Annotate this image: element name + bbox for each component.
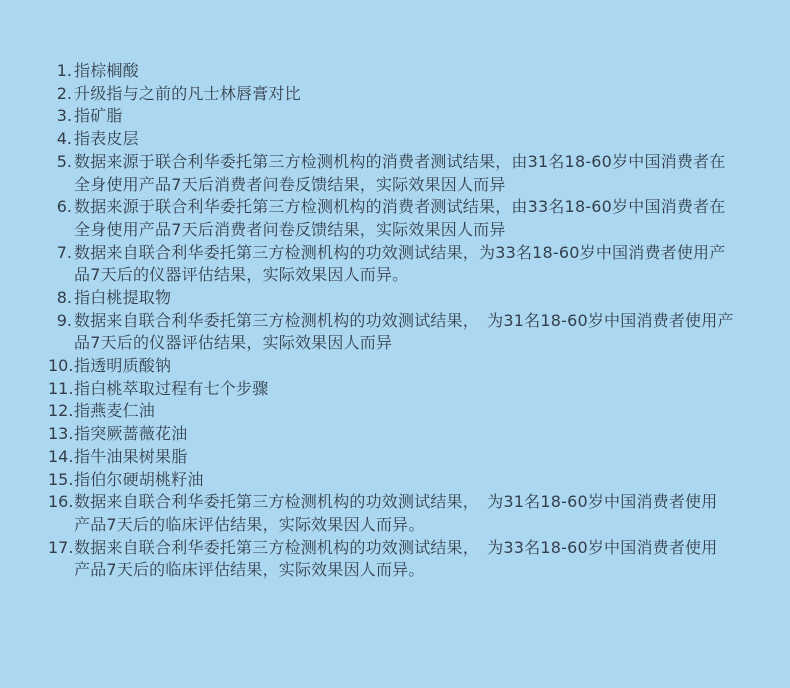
list-item: 4.指表皮层: [48, 128, 768, 151]
item-number: 3.: [48, 105, 72, 128]
item-line: 指矿脂: [74, 105, 123, 128]
list-item: 10.指透明质酸钠: [48, 355, 768, 378]
item-text: 数据来源于联合利华委托第三方检测机构的消费者测试结果，由33名18-60岁中国消…: [74, 196, 725, 241]
item-text: 数据来自联合利华委托第三方检测机构的功效测试结果， 为31名18-60岁中国消费…: [74, 310, 734, 355]
item-number: 10.: [48, 355, 72, 378]
item-number: 1.: [48, 60, 72, 83]
item-number: 8.: [48, 287, 72, 310]
list-item: 1.指棕榈酸: [48, 60, 768, 83]
list-item: 12.指燕麦仁油: [48, 400, 768, 423]
item-text: 指棕榈酸: [74, 60, 139, 83]
item-line: 指透明质酸钠: [74, 355, 171, 378]
item-number: 5.: [48, 151, 72, 174]
item-text: 指突厥蔷薇花油: [74, 423, 187, 446]
item-number: 15.: [48, 469, 72, 492]
item-text: 指牛油果树果脂: [74, 446, 187, 469]
item-number: 7.: [48, 242, 72, 265]
item-text: 数据来源于联合利华委托第三方检测机构的消费者测试结果，由31名18-60岁中国消…: [74, 151, 725, 196]
item-line: 数据来自联合利华委托第三方检测机构的功效测试结果， 为31名18-60岁中国消费…: [74, 491, 717, 514]
item-line: 指白桃提取物: [74, 287, 171, 310]
item-line: 指伯尔硬胡桃籽油: [74, 469, 204, 492]
item-line: 数据来源于联合利华委托第三方检测机构的消费者测试结果，由31名18-60岁中国消…: [74, 151, 725, 174]
item-line: 数据来自联合利华委托第三方检测机构的功效测试结果， 为31名18-60岁中国消费…: [74, 310, 734, 333]
footnote-list: 1.指棕榈酸2.升级指与之前的凡士林唇膏对比3.指矿脂4.指表皮层5.数据来源于…: [48, 60, 768, 582]
item-text: 指表皮层: [74, 128, 139, 151]
item-text: 指矿脂: [74, 105, 123, 128]
item-line: 全身使用产品7天后消费者问卷反馈结果，实际效果因人而异: [74, 219, 725, 242]
list-item: 6.数据来源于联合利华委托第三方检测机构的消费者测试结果，由33名18-60岁中…: [48, 196, 768, 241]
item-line: 数据来自联合利华委托第三方检测机构的功效测试结果， 为33名18-60岁中国消费…: [74, 537, 717, 560]
item-text: 升级指与之前的凡士林唇膏对比: [74, 83, 301, 106]
item-line: 品7天后的仪器评估结果，实际效果因人而异: [74, 332, 734, 355]
item-number: 11.: [48, 378, 72, 401]
item-line: 全身使用产品7天后消费者问卷反馈结果，实际效果因人而异: [74, 174, 725, 197]
item-text: 指白桃萃取过程有七个步骤: [74, 378, 268, 401]
item-number: 9.: [48, 310, 72, 333]
item-text: 数据来自联合利华委托第三方检测机构的功效测试结果，为33名18-60岁中国消费者…: [74, 242, 725, 287]
list-item: 13.指突厥蔷薇花油: [48, 423, 768, 446]
page: 1.指棕榈酸2.升级指与之前的凡士林唇膏对比3.指矿脂4.指表皮层5.数据来源于…: [0, 0, 790, 688]
item-number: 4.: [48, 128, 72, 151]
list-item: 11.指白桃萃取过程有七个步骤: [48, 378, 768, 401]
item-number: 17.: [48, 537, 72, 560]
item-line: 指突厥蔷薇花油: [74, 423, 187, 446]
item-number: 2.: [48, 83, 72, 106]
item-number: 6.: [48, 196, 72, 219]
item-number: 16.: [48, 491, 72, 514]
item-text: 数据来自联合利华委托第三方检测机构的功效测试结果， 为33名18-60岁中国消费…: [74, 537, 717, 582]
list-item: 5.数据来源于联合利华委托第三方检测机构的消费者测试结果，由31名18-60岁中…: [48, 151, 768, 196]
item-text: 指白桃提取物: [74, 287, 171, 310]
list-item: 16.数据来自联合利华委托第三方检测机构的功效测试结果， 为31名18-60岁中…: [48, 491, 768, 536]
list-item: 15.指伯尔硬胡桃籽油: [48, 469, 768, 492]
item-line: 指棕榈酸: [74, 60, 139, 83]
item-text: 指伯尔硬胡桃籽油: [74, 469, 204, 492]
item-text: 指燕麦仁油: [74, 400, 155, 423]
item-line: 产品7天后的临床评估结果，实际效果因人而异。: [74, 514, 717, 537]
item-number: 12.: [48, 400, 72, 423]
list-item: 8.指白桃提取物: [48, 287, 768, 310]
item-line: 品7天后的仪器评估结果，实际效果因人而异。: [74, 264, 725, 287]
item-line: 指牛油果树果脂: [74, 446, 187, 469]
item-line: 数据来源于联合利华委托第三方检测机构的消费者测试结果，由33名18-60岁中国消…: [74, 196, 725, 219]
item-line: 产品7天后的临床评估结果，实际效果因人而异。: [74, 559, 717, 582]
item-text: 指透明质酸钠: [74, 355, 171, 378]
item-line: 升级指与之前的凡士林唇膏对比: [74, 83, 301, 106]
item-line: 数据来自联合利华委托第三方检测机构的功效测试结果，为33名18-60岁中国消费者…: [74, 242, 725, 265]
list-item: 3.指矿脂: [48, 105, 768, 128]
item-number: 14.: [48, 446, 72, 469]
item-line: 指燕麦仁油: [74, 400, 155, 423]
list-item: 14.指牛油果树果脂: [48, 446, 768, 469]
item-line: 指表皮层: [74, 128, 139, 151]
list-item: 9.数据来自联合利华委托第三方检测机构的功效测试结果， 为31名18-60岁中国…: [48, 310, 768, 355]
list-item: 2.升级指与之前的凡士林唇膏对比: [48, 83, 768, 106]
item-number: 13.: [48, 423, 72, 446]
item-line: 指白桃萃取过程有七个步骤: [74, 378, 268, 401]
item-text: 数据来自联合利华委托第三方检测机构的功效测试结果， 为31名18-60岁中国消费…: [74, 491, 717, 536]
list-item: 17.数据来自联合利华委托第三方检测机构的功效测试结果， 为33名18-60岁中…: [48, 537, 768, 582]
list-item: 7.数据来自联合利华委托第三方检测机构的功效测试结果，为33名18-60岁中国消…: [48, 242, 768, 287]
